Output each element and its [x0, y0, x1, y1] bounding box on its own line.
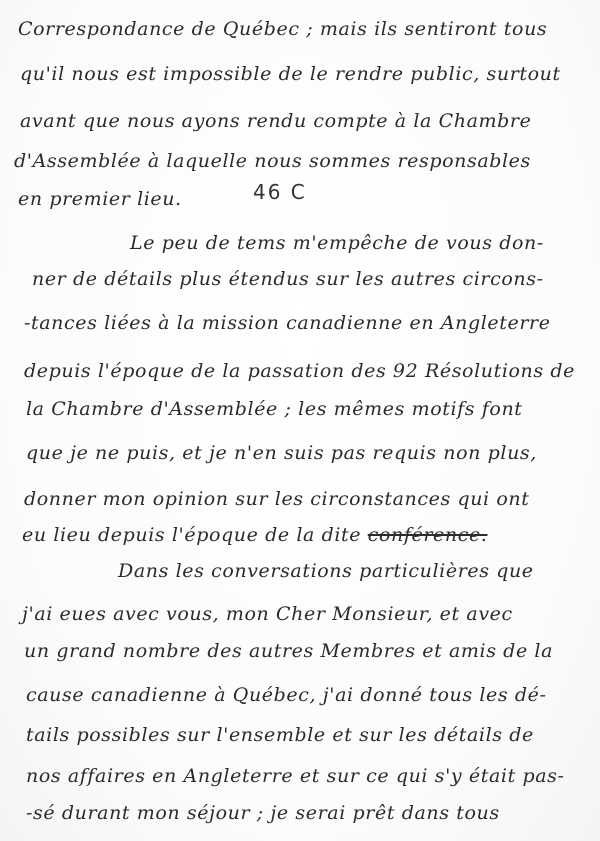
text-line: -sé durant mon séjour ; je serai prêt da…	[26, 802, 500, 824]
text-line: la Chambre d'Assemblée ; les mêmes motif…	[26, 398, 523, 420]
text-line: Correspondance de Québec ; mais ils sent…	[18, 18, 547, 40]
text-line: en premier lieu.	[18, 188, 182, 210]
text-line: d'Assemblée à laquelle nous sommes respo…	[14, 150, 531, 172]
text-line: qu'il nous est impossible de le rendre p…	[20, 63, 561, 85]
text-line: donner mon opinion sur les circonstances…	[24, 488, 529, 510]
text-line: Le peu de tems m'empêche de vous don-	[130, 232, 544, 254]
text-fragment: eu lieu depuis l'époque de la dite	[22, 524, 361, 546]
text-line: nos affaires en Angleterre et sur ce qui…	[26, 765, 565, 787]
text-line: ner de détails plus étendus sur les autr…	[32, 268, 544, 290]
text-line: j'ai eues avec vous, mon Cher Monsieur, …	[22, 603, 513, 625]
text-line: tails possibles sur l'ensemble et sur le…	[26, 724, 534, 746]
text-line: depuis l'époque de la passation des 92 R…	[24, 360, 575, 382]
struck-word: conférence.	[368, 524, 488, 546]
archival-annotation: 46 C	[253, 180, 307, 204]
text-line: Dans les conversations particulières que	[118, 560, 534, 582]
text-line: un grand nombre des autres Membres et am…	[24, 640, 553, 662]
text-line: cause canadienne à Québec, j'ai donné to…	[26, 684, 547, 706]
text-line: -tances liées à la mission canadienne en…	[24, 312, 551, 334]
text-line: que je ne puis, et je n'en suis pas requ…	[26, 442, 537, 464]
manuscript-page: Correspondance de Québec ; mais ils sent…	[0, 0, 600, 841]
text-line: avant que nous ayons rendu compte à la C…	[20, 110, 531, 132]
text-line: eu lieu depuis l'époque de la dite confé…	[22, 524, 487, 546]
